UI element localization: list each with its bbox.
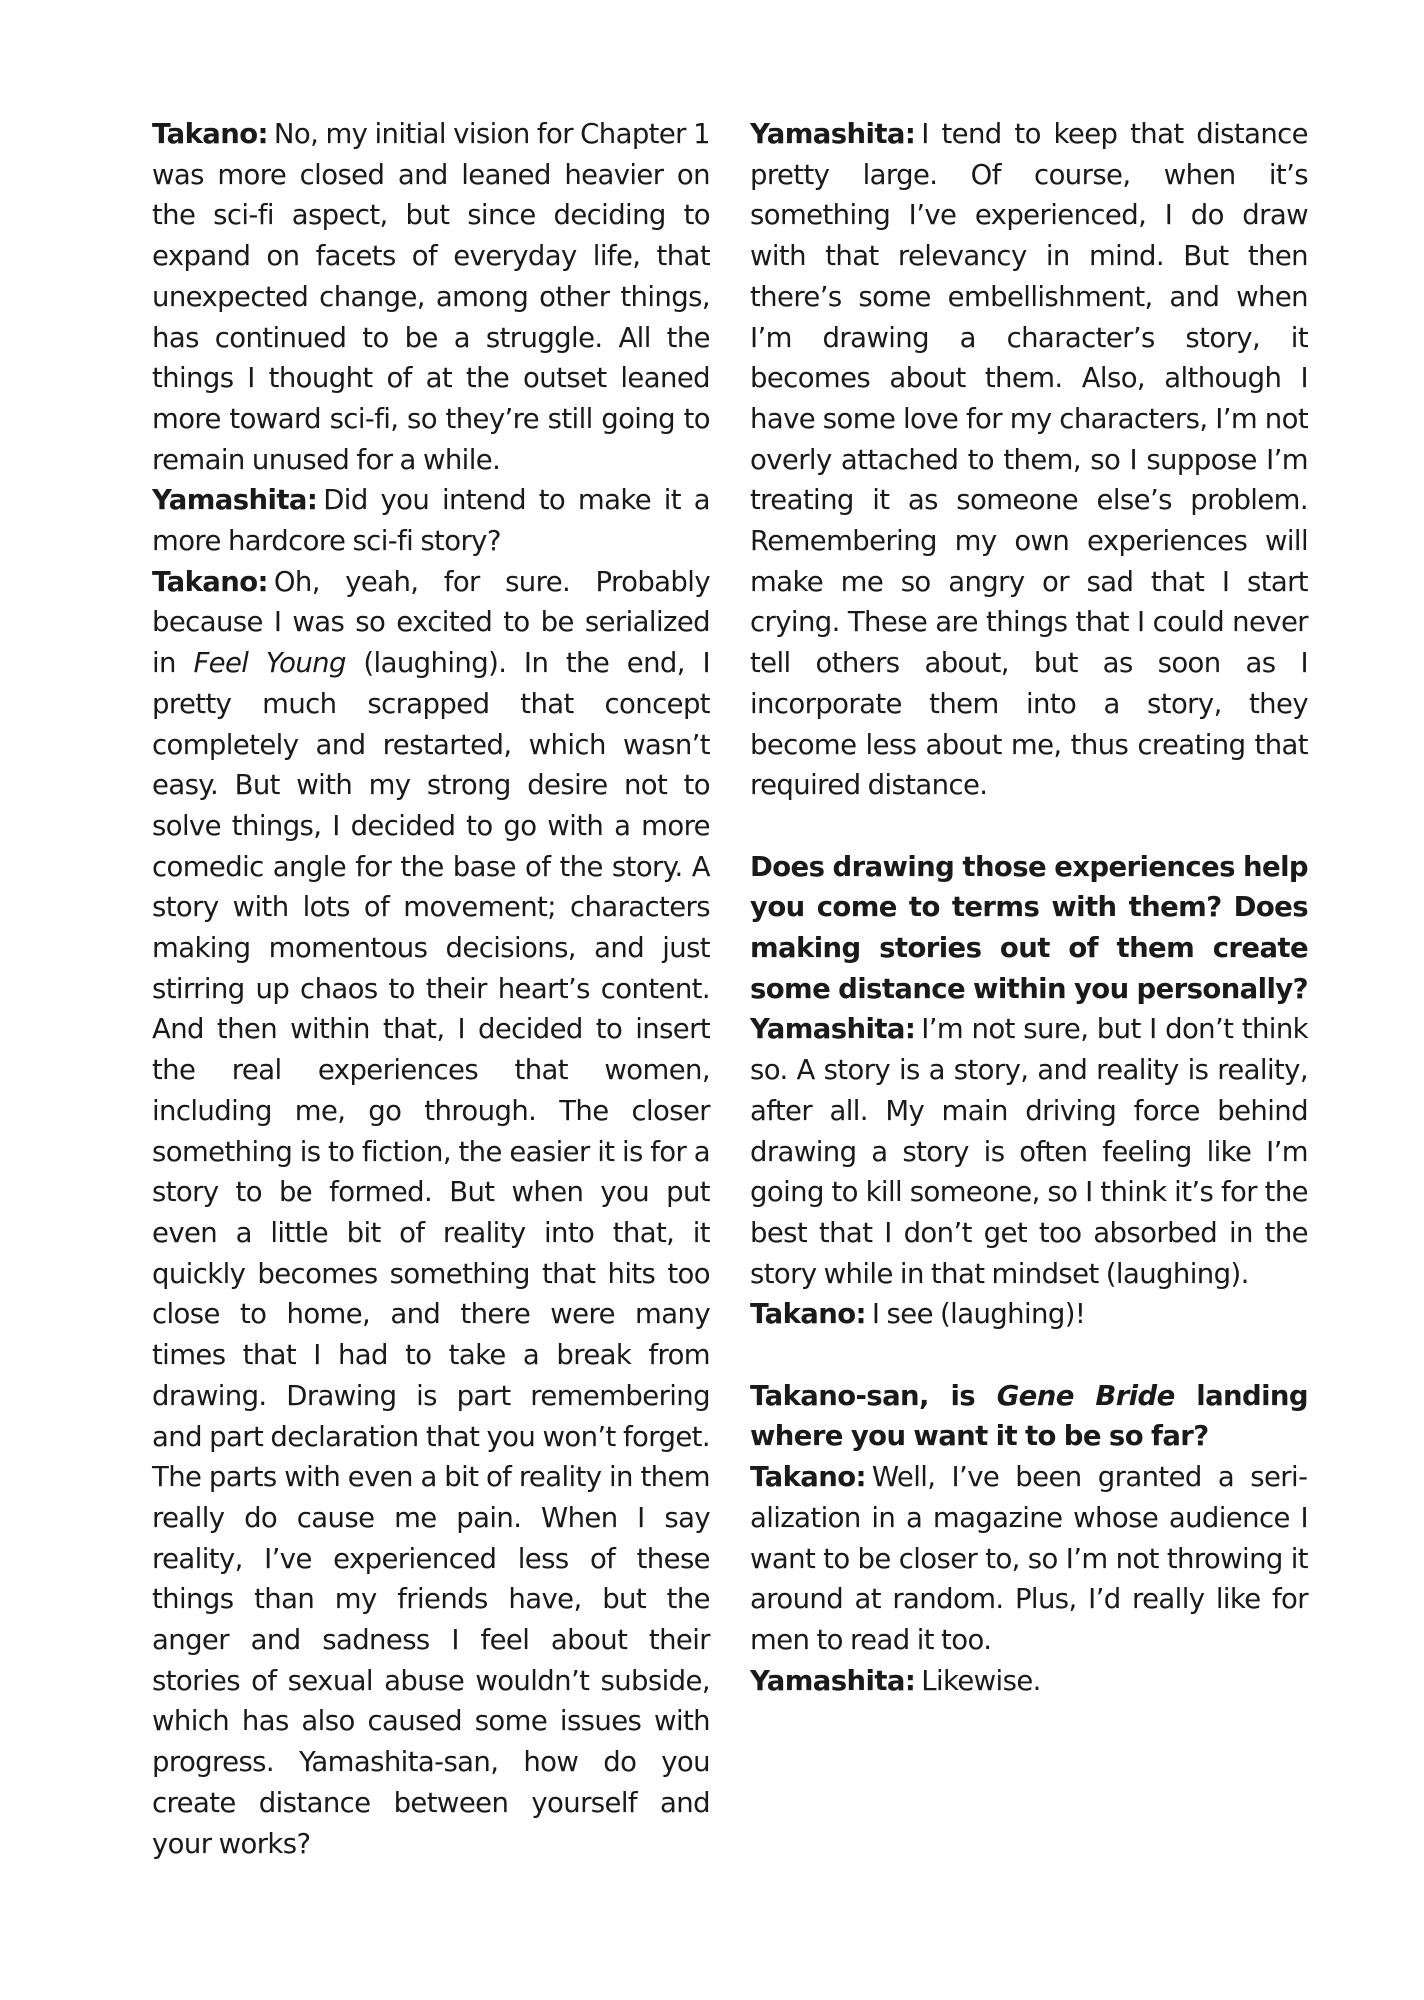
speaker-label: Yamashita:	[152, 484, 317, 516]
speaker-label: Takano:	[152, 118, 268, 150]
interview-answer: Takano:No, my initial vision for Chapter…	[152, 114, 710, 480]
interview-answer: Yamashita:Did you intend to make it a mo…	[152, 480, 710, 561]
magazine-title: Feel Young	[193, 647, 345, 679]
left-column: Takano:No, my initial vision for Chapter…	[152, 114, 710, 1864]
speaker-label: Takano:	[750, 1461, 866, 1493]
interviewer-question: Takano-san, is Gene Bride landing where …	[750, 1376, 1308, 1457]
manga-title: Gene Bride	[997, 1380, 1175, 1412]
speaker-label: Yamashita:	[750, 1665, 915, 1697]
interview-answer: Yamashita:Likewise.	[750, 1661, 1308, 1702]
answer-text: I’m not sure, but I don’t think so. A st…	[750, 1013, 1308, 1289]
interview-answer: Takano:I see (laughing)!	[750, 1294, 1308, 1335]
speaker-label: Takano:	[750, 1298, 866, 1330]
speaker-label: Yamashita:	[750, 118, 915, 150]
answer-text: Likewise.	[921, 1665, 1041, 1697]
question-text: Takano-san, is	[750, 1380, 997, 1412]
answer-text: No, my initial vision for Chapter 1 was …	[152, 118, 710, 476]
answer-text: (laughing). In the end, I pretty much sc…	[152, 647, 710, 1859]
magazine-page: Takano:No, my initial vision for Chapter…	[152, 114, 1308, 1864]
interviewer-question: Does drawing those experiences help you …	[750, 847, 1308, 1010]
answer-text: I see (laughing)!	[872, 1298, 1085, 1330]
speaker-label: Takano:	[152, 566, 268, 598]
right-column: Yamashita:I tend to keep that distance p…	[750, 114, 1308, 1864]
interview-answer: Takano:Oh, yeah, for sure. Probably beca…	[152, 562, 710, 1865]
interview-answer: Yamashita:I’m not sure, but I don’t thin…	[750, 1009, 1308, 1294]
speaker-label: Yamashita:	[750, 1013, 915, 1045]
interview-answer: Yamashita:I tend to keep that distance p…	[750, 114, 1308, 806]
interview-answer: Takano:Well, I’ve been granted a seri­al…	[750, 1457, 1308, 1661]
answer-text: I tend to keep that distance pretty larg…	[750, 118, 1308, 801]
